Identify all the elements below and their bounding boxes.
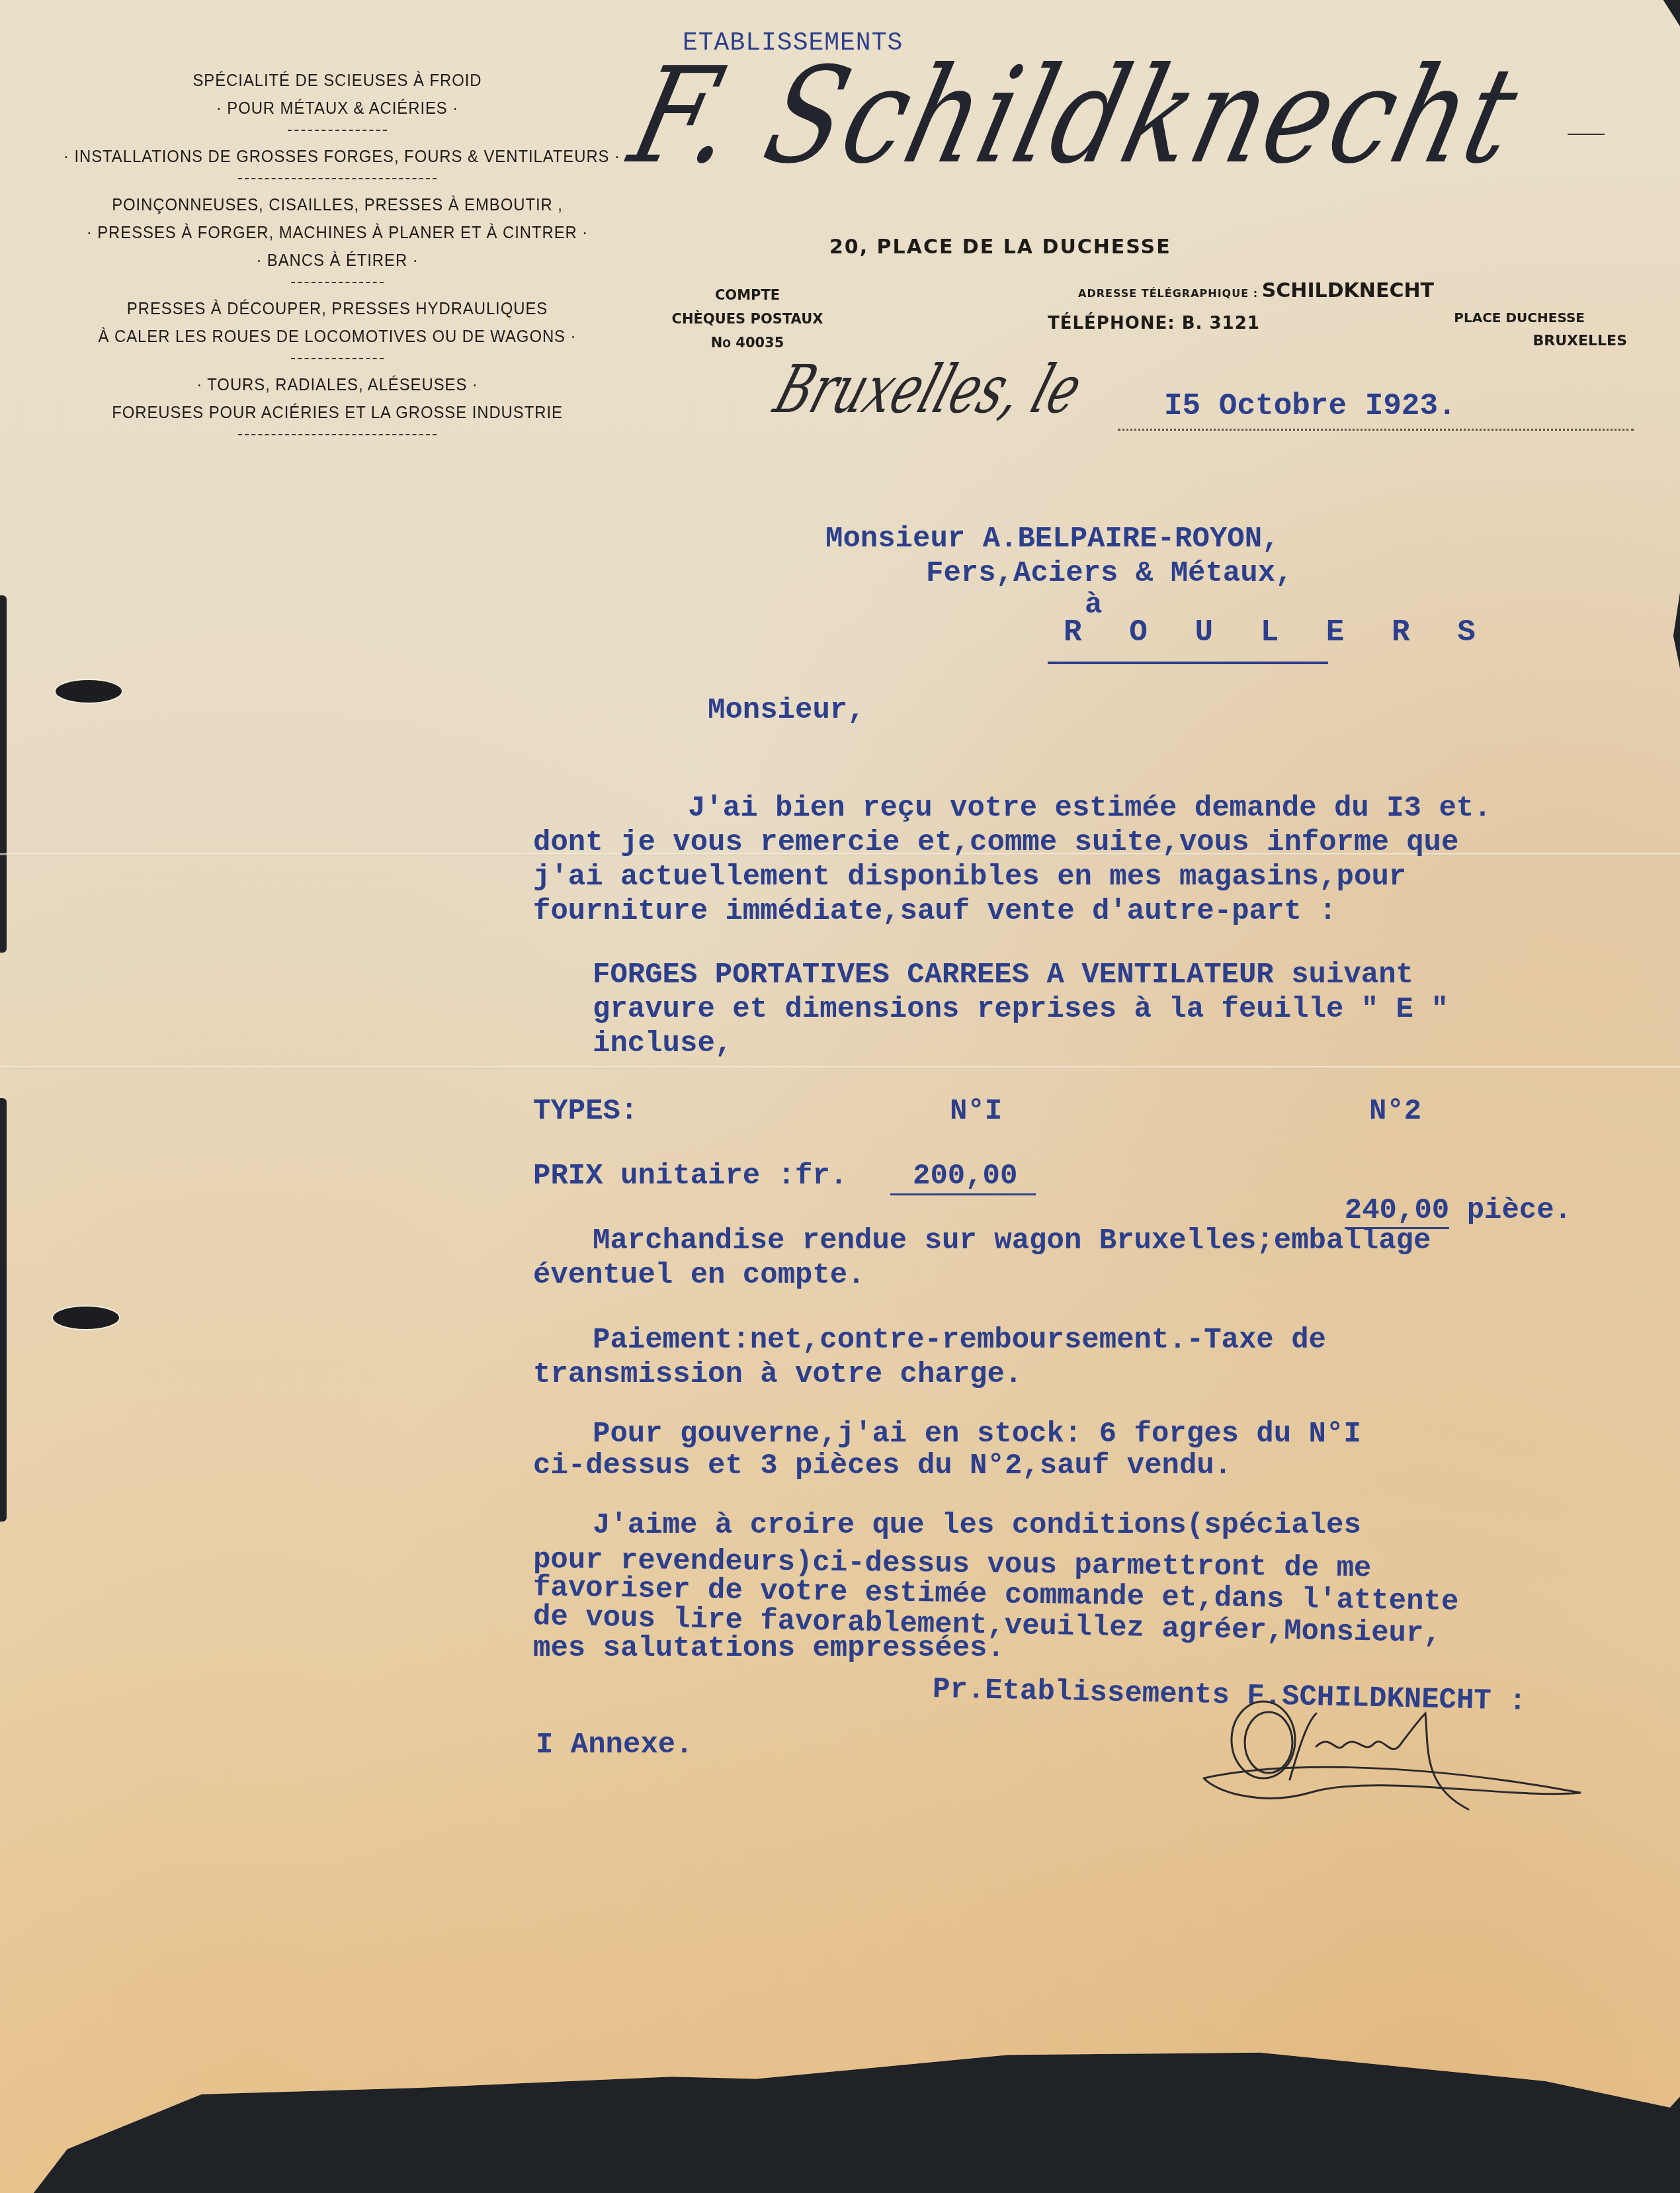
punch-hole [53, 1307, 119, 1329]
telegraphic-value: SCHILDKNECHT [1262, 279, 1434, 302]
place-address: PLACE DUCHESSE BRUXELLES [1415, 306, 1627, 353]
telegraphic-address: ADRESSE TÉLÉGRAPHIQUE : SCHILDKNECHT [1078, 279, 1434, 302]
service-line: SPÉCIALITÉ DE SCIEUSES À FROID [63, 66, 611, 94]
body-line: Marchandise rendue sur wagon Bruxelles;e… [593, 1224, 1431, 1258]
price-type-1: 200,00 [890, 1159, 1036, 1195]
service-line: · TOURS, RADIALES, ALÉSEUSES · [63, 370, 611, 398]
type-2: N°2 [1369, 1094, 1421, 1129]
body-line: Pour gouverne,j'ai en stock: 6 forges du… [593, 1417, 1361, 1451]
service-line: PRESSES À DÉCOUPER, PRESSES HYDRAULIQUES [63, 294, 611, 322]
service-line: À CALER LES ROUES DE LOCOMOTIVES OU DE W… [63, 322, 611, 350]
service-line: · BANCS À ÉTIRER · [63, 246, 611, 274]
ornament-divider [238, 178, 437, 181]
recipient-trade: Fers,Aciers & Métaux, [926, 557, 1293, 590]
body-line: J'ai bien reçu votre estimée demande du … [688, 791, 1491, 826]
service-line: POINÇONNEUSES, CISAILLES, PRESSES À EMBO… [63, 191, 611, 218]
types-label: TYPES: [533, 1094, 638, 1129]
annex-note: I Annexe. [536, 1728, 693, 1762]
body-line: Paiement:net,contre-remboursement.-Taxe … [593, 1323, 1326, 1357]
firm-name-script: F. Schildknecht [618, 44, 1533, 189]
telephone-number: TÉLÉPHONE: B. 3121 [1048, 314, 1260, 333]
ornament-divider [238, 434, 437, 437]
body-line: transmission à votre charge. [533, 1357, 1022, 1392]
telegraphic-label: ADRESSE TÉLÉGRAPHIQUE : [1078, 287, 1258, 300]
service-line: · POUR MÉTAUX & ACIÉRIES · [63, 94, 611, 122]
recipient-name: Monsieur A.BELPAIRE-ROYON, [825, 523, 1280, 556]
body-line: fourniture immédiate,sauf vente d'autre-… [533, 894, 1337, 929]
flourish-line [1568, 134, 1605, 135]
page-edge-shadow [0, 1098, 7, 1522]
body-line: ci-dessus et 3 pièces du N°2,sauf vendu. [533, 1449, 1232, 1483]
service-line: · INSTALLATIONS DE GROSSES FORGES, FOURS… [63, 142, 611, 170]
price-label: PRIX unitaire :fr. [533, 1159, 847, 1193]
product-line: gravure et dimensions reprises à la feui… [593, 992, 1449, 1027]
city-underline [1048, 662, 1328, 664]
body-line: dont je vous remercie et,comme suite,vou… [533, 826, 1458, 860]
price-type-2-row: 240,00 pièce. [1310, 1159, 1572, 1228]
punch-hole [56, 680, 122, 703]
city-script: Bruxelles, le [766, 351, 1091, 428]
recipient-city: R O U L E R S [1064, 615, 1490, 650]
place-line: BRUXELLES [1415, 329, 1627, 353]
body-line: J'aime à croire que les conditions(spéci… [593, 1508, 1361, 1543]
company-address: 20, PLACE DE LA DUCHESSE [829, 236, 1171, 259]
compte-line: CHÈQUES POSTAUX [656, 307, 839, 331]
ornament-divider [291, 358, 384, 361]
body-line: mes salutations empressées. [533, 1631, 1005, 1666]
body-line: éventuel en compte. [533, 1258, 865, 1293]
service-line: · PRESSES À FORGER, MACHINES À PLANER ET… [63, 218, 611, 246]
date-dotted-line [1118, 429, 1634, 431]
ornament-divider [288, 130, 387, 133]
ornament-divider [291, 282, 384, 285]
body-line: j'ai actuellement disponibles en mes mag… [533, 860, 1406, 894]
price-unit: pièce. [1467, 1194, 1572, 1227]
fold-crease [0, 1066, 1680, 1068]
salutation: Monsieur, [708, 693, 865, 728]
product-line: FORGES PORTATIVES CARREES A VENTILATEUR … [593, 958, 1413, 992]
letter-date: I5 Octobre I923. [1164, 389, 1456, 423]
postal-account: COMPTE CHÈQUES POSTAUX No 40035 [656, 283, 839, 355]
type-1: N°I [950, 1094, 1002, 1129]
compte-line: COMPTE [656, 283, 839, 307]
place-line: PLACE DUCHESSE [1415, 306, 1585, 329]
service-line: FOREUSES POUR ACIÉRIES ET LA GROSSE INDU… [63, 398, 611, 426]
page-edge-shadow [0, 595, 7, 953]
letterhead-services: SPÉCIALITÉ DE SCIEUSES À FROID · POUR MÉ… [40, 66, 635, 447]
handwritten-signature [1191, 1694, 1601, 1813]
product-line: incluse, [593, 1027, 732, 1061]
